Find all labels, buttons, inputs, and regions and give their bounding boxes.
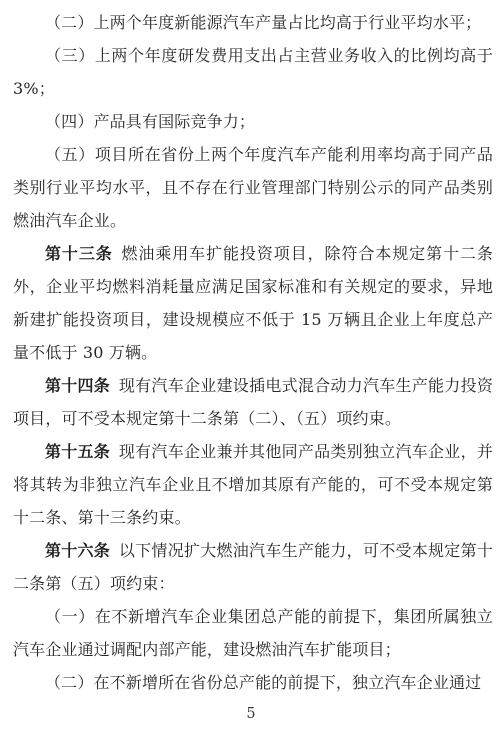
page-number: 5 — [0, 703, 502, 725]
article-number: 第十四条 — [45, 376, 110, 395]
document-body: （二）上两个年度新能源汽车产量占比均高于行业平均水平； （三）上两个年度研发费用… — [13, 6, 493, 699]
article-14: 第十四条现有汽车企业建设插电式混合动力汽车生产能力投资项目，可不受本规定第十二条… — [13, 369, 493, 435]
document-page: （二）上两个年度新能源汽车产量占比均高于行业平均水平； （三）上两个年度研发费用… — [0, 0, 502, 742]
article-number: 第十六条 — [45, 541, 110, 560]
clause-text: （五）项目所在省份上两个年度汽车产能利用率均高于同产品类别行业平均水平，且不存在… — [13, 145, 493, 230]
clause-text: （三）上两个年度研发费用支出占主营业务收入的比例均高于3%； — [13, 46, 493, 98]
clause-item-3: （三）上两个年度研发费用支出占主营业务收入的比例均高于3%； — [13, 39, 493, 105]
article-number: 第十三条 — [45, 244, 113, 263]
clause-text: （二）在不新增所在省份总产能的前提下，独立汽车企业通过 — [45, 673, 481, 692]
clause-item-1: （一）在不新增汽车企业集团总产能的前提下，集团所属独立汽车企业通过调配内部产能，… — [13, 600, 493, 666]
article-number: 第十五条 — [45, 442, 110, 461]
clause-text: （一）在不新增汽车企业集团总产能的前提下，集团所属独立汽车企业通过调配内部产能，… — [13, 607, 493, 659]
clause-item-2: （二）上两个年度新能源汽车产量占比均高于行业平均水平； — [13, 6, 493, 39]
article-15: 第十五条现有汽车企业兼并其他同产品类别独立汽车企业，并将其转为非独立汽车企业且不… — [13, 435, 493, 534]
article-16: 第十六条以下情况扩大燃油汽车生产能力，可不受本规定第十二条第（五）项约束： — [13, 534, 493, 600]
clause-item-5: （五）项目所在省份上两个年度汽车产能利用率均高于同产品类别行业平均水平，且不存在… — [13, 138, 493, 237]
clause-item-4: （四）产品具有国际竞争力； — [13, 105, 493, 138]
clause-item-2b: （二）在不新增所在省份总产能的前提下，独立汽车企业通过 — [13, 666, 493, 699]
clause-text: （四）产品具有国际竞争力； — [45, 112, 255, 131]
article-13: 第十三条燃油乘用车扩能投资项目，除符合本规定第十二条外，企业平均燃料消耗量应满足… — [13, 237, 493, 369]
clause-text: （二）上两个年度新能源汽车产量占比均高于行业平均水平； — [45, 13, 481, 32]
